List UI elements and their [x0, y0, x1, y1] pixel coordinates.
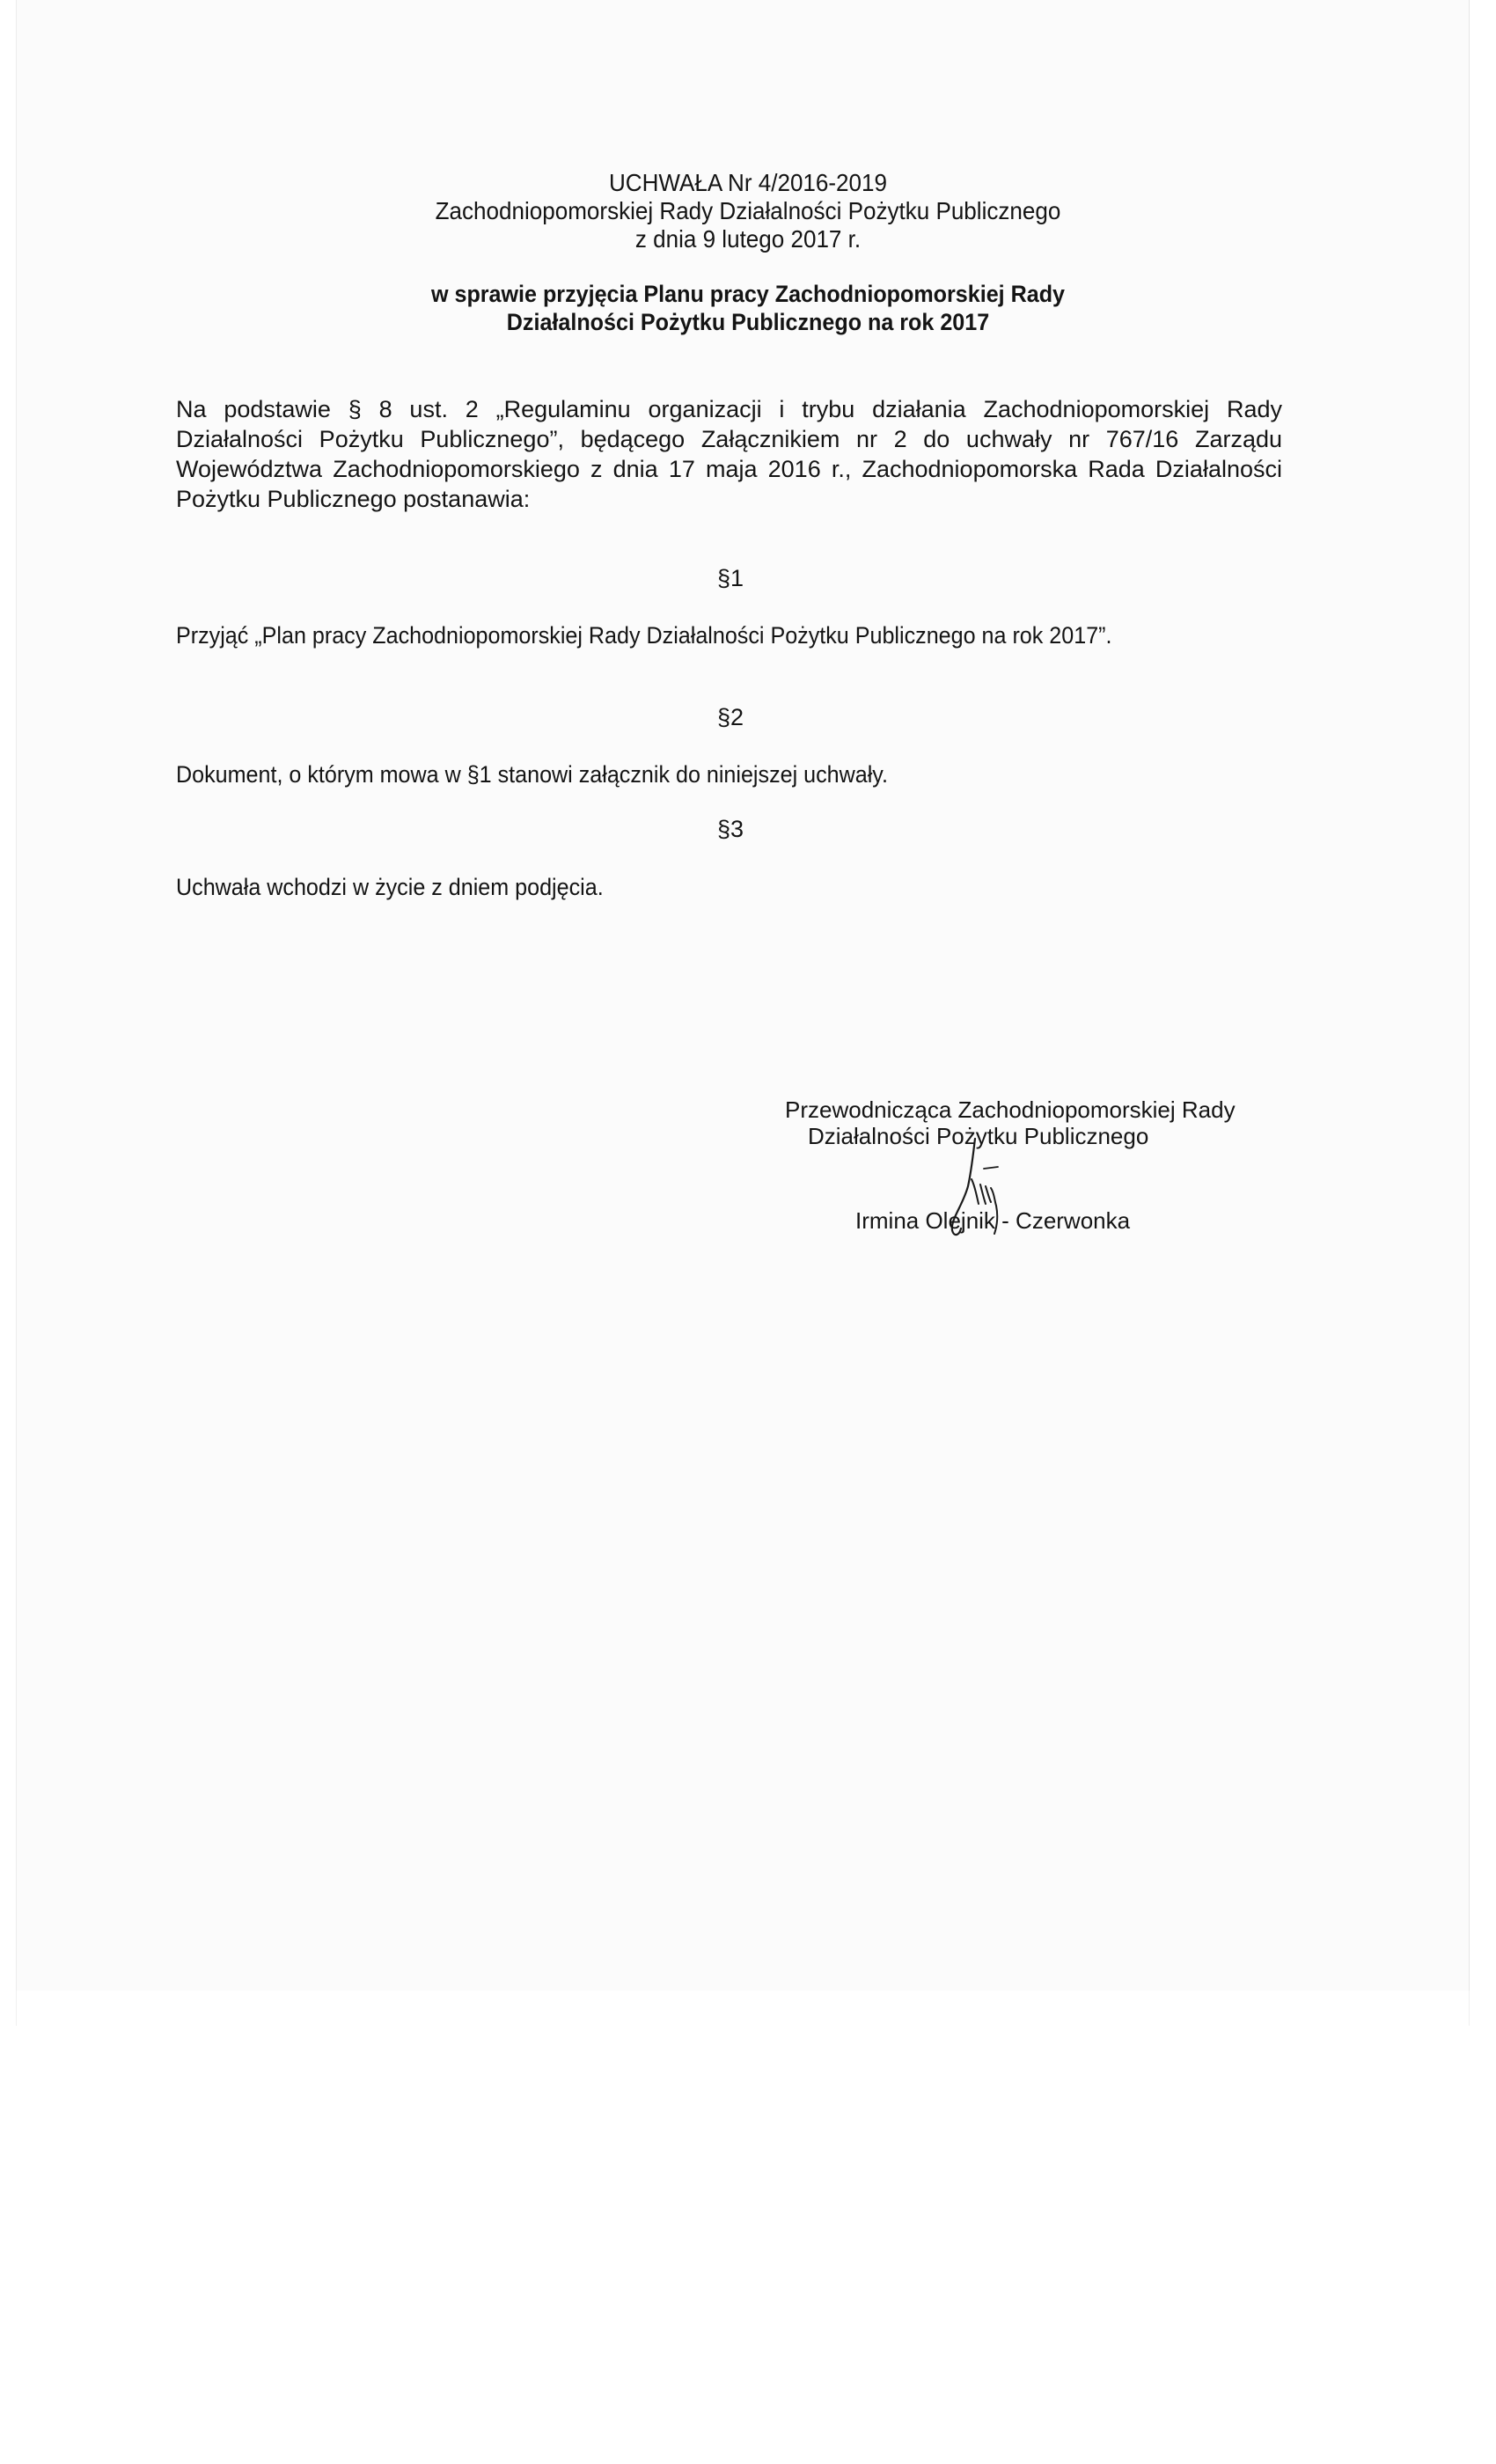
- preamble-line: Województwa Zachodniopomorskiego z dnia …: [176, 454, 1282, 484]
- resolution-subject-line-1: w sprawie przyjęcia Planu pracy Zachodni…: [53, 280, 1444, 308]
- signatory-title-line-1: Przewodnicząca Zachodniopomorskiej Rady: [785, 1096, 1236, 1123]
- section-text-1: Przyjąć „Plan pracy Zachodniopomorskiej …: [176, 621, 1111, 649]
- section-mark-2: §2: [717, 704, 744, 731]
- preamble-line: Na podstawie § 8 ust. 2 „Regulaminu orga…: [176, 394, 1282, 424]
- resolution-number: UCHWAŁA Nr 4/2016-2019: [53, 169, 1444, 197]
- section-text-3: Uchwała wchodzi w życie z dniem podjęcia…: [176, 873, 604, 901]
- section-text-2: Dokument, o którym mowa w §1 stanowi zał…: [176, 760, 888, 788]
- resolution-subject-line-2: Działalności Pożytku Publicznego na rok …: [53, 308, 1444, 336]
- scanned-page-edge: [16, 1991, 1470, 2026]
- signatory-name: Irmina Olejnik - Czerwonka: [855, 1207, 1130, 1234]
- resolution-issuer: Zachodniopomorskiej Rady Działalności Po…: [53, 197, 1444, 225]
- section-mark-3: §3: [717, 816, 744, 843]
- preamble-line: Działalności Pożytku Publicznego”, będąc…: [176, 424, 1282, 454]
- resolution-date: z dnia 9 lutego 2017 r.: [53, 225, 1444, 253]
- section-mark-1: §1: [717, 565, 744, 592]
- preamble-line: Pożytku Publicznego postanawia:: [176, 484, 1282, 514]
- preamble: Na podstawie § 8 ust. 2 „Regulaminu orga…: [176, 394, 1282, 514]
